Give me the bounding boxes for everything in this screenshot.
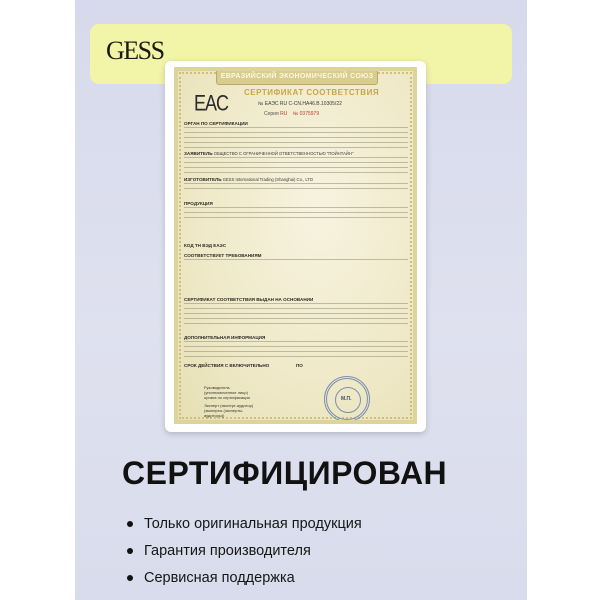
certificate-card: ЕВРАЗИЙСКИЙ ЭКОНОМИЧЕСКИЙ СОЮЗ EAC СЕРТИ…	[165, 61, 426, 432]
headline: СЕРТИФИЦИРОВАН	[122, 455, 447, 492]
feature-item: Сервисная поддержка	[124, 568, 362, 595]
feature-list: Только оригинальная продукция Гарантия п…	[124, 514, 362, 595]
eac-mark-icon: EAC	[194, 90, 228, 116]
signature-expert: Эксперт (эксперт-аудитор) (эксперты (экс…	[204, 403, 259, 418]
certificate-image: ЕВРАЗИЙСКИЙ ЭКОНОМИЧЕСКИЙ СОЮЗ EAC СЕРТИ…	[174, 67, 417, 424]
cert-section-additional: ДОПОЛНИТЕЛЬНАЯ ИНФОРМАЦИЯ	[184, 335, 408, 360]
certificate-number: № ЕАЭС RU C-CN.HA46.B.10305/22	[258, 101, 342, 107]
cert-section-hs-code: КОД ТН ВЭД ЕАЭС	[184, 243, 408, 248]
cert-validity-to: ПО	[296, 363, 316, 368]
feature-item: Только оригинальная продукция	[124, 514, 362, 541]
signature-head: Руководитель (уполномоченное лицо) орган…	[204, 385, 259, 400]
certificate-series: Серия RU № 0375979	[264, 111, 319, 117]
cert-section-requirements: СООТВЕТСТВУЕТ ТРЕБОВАНИЯМ	[184, 253, 408, 263]
cert-section-applicant: ЗАЯВИТЕЛЬ ОБЩЕСТВО С ОГРАНИЧЕННОЙ ОТВЕТС…	[184, 151, 408, 176]
feature-item: Гарантия производителя	[124, 541, 362, 568]
certificate-title: СЕРТИФИКАТ СООТВЕТСТВИЯ	[244, 88, 379, 97]
cert-section-basis: СЕРТИФИКАТ СООТВЕТСТВИЯ ВЫДАН НА ОСНОВАН…	[184, 297, 408, 327]
cert-section-product: ПРОДУКЦИЯ	[184, 201, 408, 221]
certificate-union-header: ЕВРАЗИЙСКИЙ ЭКОНОМИЧЕСКИЙ СОЮЗ	[216, 69, 378, 85]
cert-section-validity: СРОК ДЕЙСТВИЯ С ВКЛЮЧИТЕЛЬНО	[184, 363, 274, 368]
cert-section-manufacturer: ИЗГОТОВИТЕЛЬ GESS International Trading …	[184, 177, 408, 192]
cert-section-body: ОРГАН ПО СЕРТИФИКАЦИИ	[184, 121, 408, 151]
brand-logo: GESS	[106, 36, 164, 66]
stamp-icon: М.П.	[324, 376, 370, 422]
